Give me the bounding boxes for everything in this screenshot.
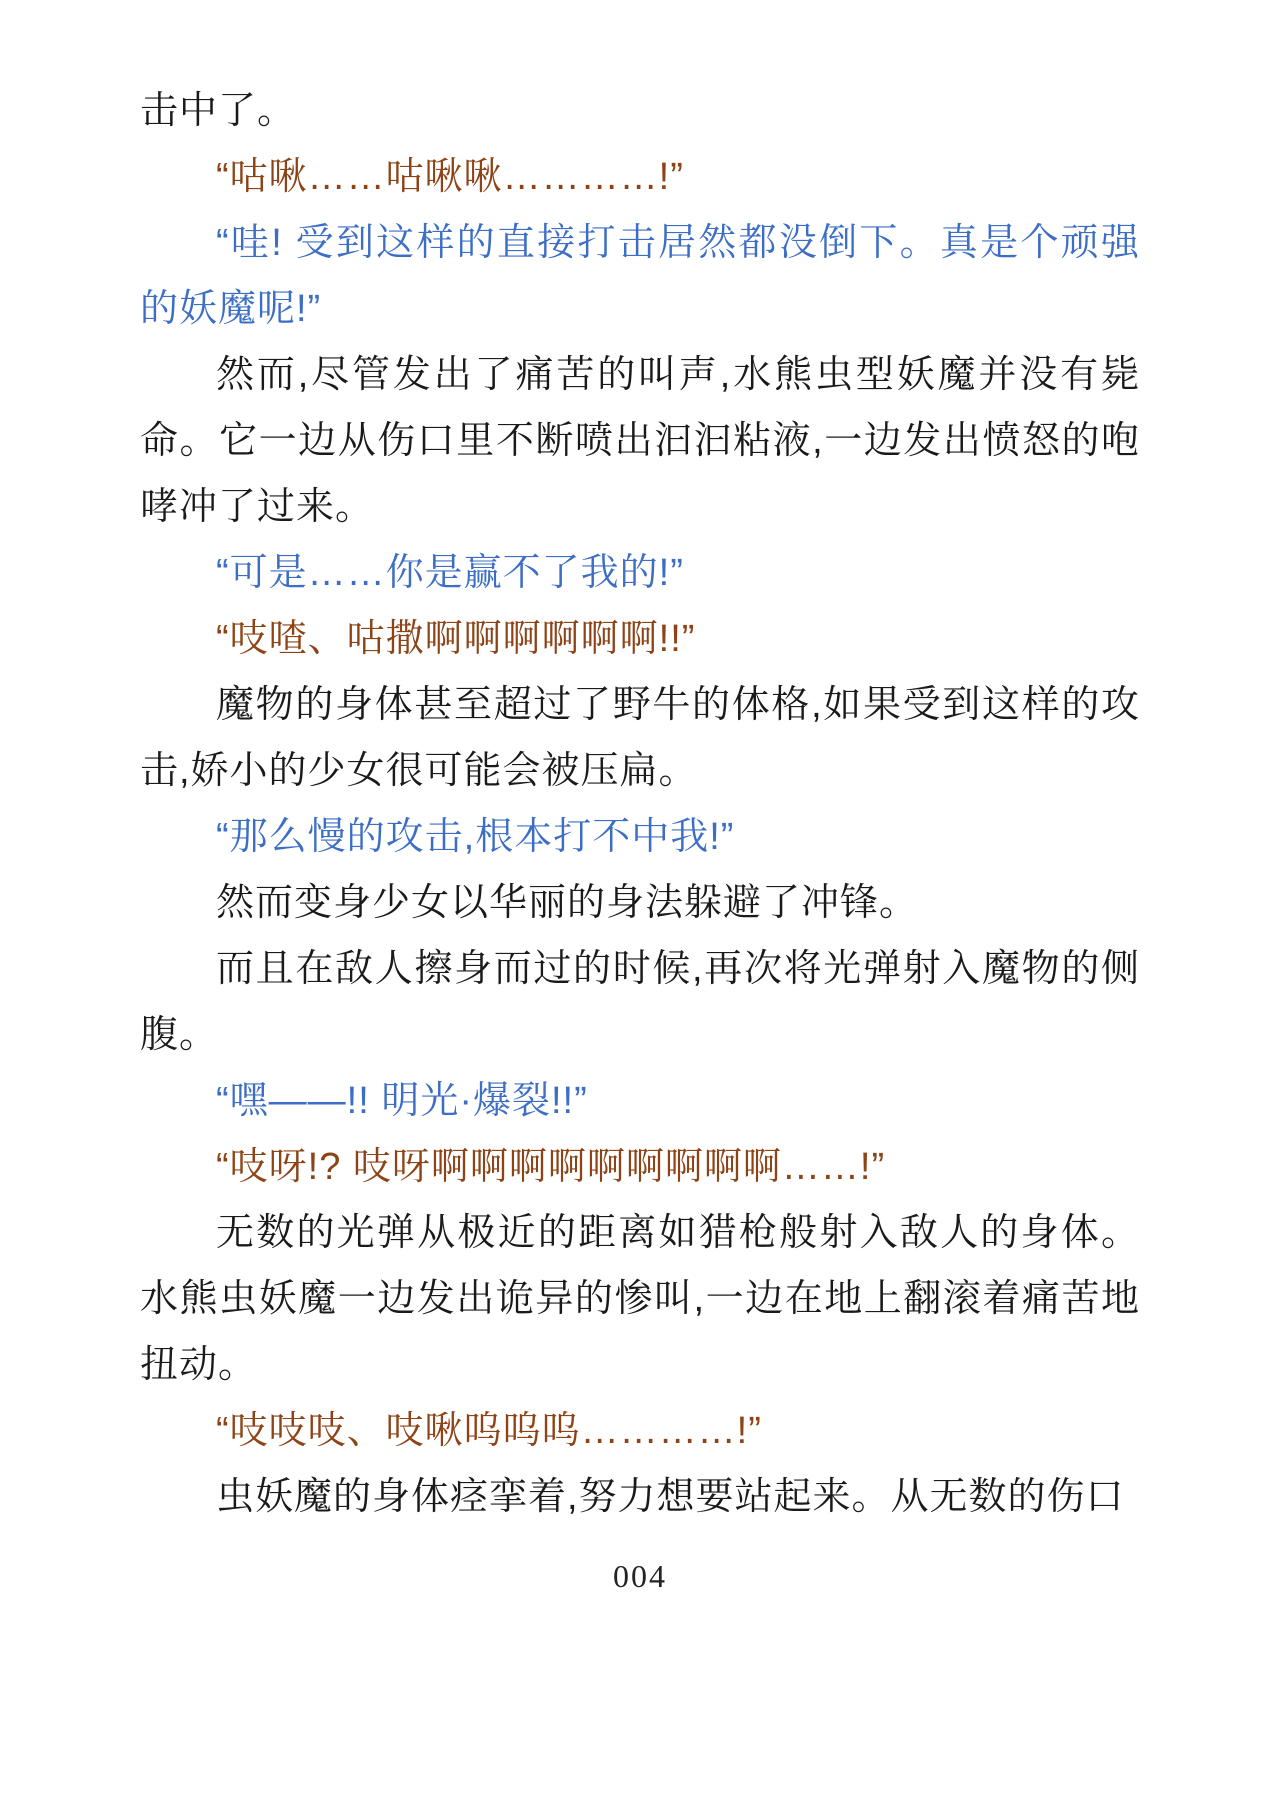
paragraph-heroine: “嘿——!! 明光·爆裂!!”: [140, 1068, 1140, 1134]
paragraph-body: 虫妖魔的身体痉挛着,努力想要站起来。从无数的伤口: [140, 1464, 1140, 1530]
paragraph-body: 击中了。: [140, 78, 1140, 144]
novel-page: 击中了。“咕啾……咕啾啾…………!”“哇! 受到这样的直接打击居然都没倒下。真是…: [0, 0, 1280, 1807]
paragraph-body: 然而,尽管发出了痛苦的叫声,水熊虫型妖魔并没有毙命。它一边从伤口里不断喷出汩汩粘…: [140, 342, 1140, 540]
paragraph-body: 魔物的身体甚至超过了野牛的体格,如果受到这样的攻击,娇小的少女很可能会被压扁。: [140, 672, 1140, 804]
paragraph-monster: “吱喳、咕撒啊啊啊啊啊啊!!”: [140, 606, 1140, 672]
paragraph-monster: “咕啾……咕啾啾…………!”: [140, 144, 1140, 210]
paragraph-heroine: “那么慢的攻击,根本打不中我!”: [140, 804, 1140, 870]
paragraph-heroine: “哇! 受到这样的直接打击居然都没倒下。真是个顽强的妖魔呢!”: [140, 210, 1140, 342]
paragraph-body: 无数的光弹从极近的距离如猎枪般射入敌人的身体。水熊虫妖魔一边发出诡异的惨叫,一边…: [140, 1200, 1140, 1398]
novel-text-block: 击中了。“咕啾……咕啾啾…………!”“哇! 受到这样的直接打击居然都没倒下。真是…: [140, 78, 1140, 1530]
page-number: 004: [0, 1558, 1280, 1595]
paragraph-heroine: “可是……你是赢不了我的!”: [140, 540, 1140, 606]
paragraph-monster: “吱吱吱、吱啾呜呜呜…………!”: [140, 1398, 1140, 1464]
paragraph-body: 然而变身少女以华丽的身法躲避了冲锋。: [140, 870, 1140, 936]
paragraph-body: 而且在敌人擦身而过的时候,再次将光弹射入魔物的侧腹。: [140, 936, 1140, 1068]
paragraph-monster: “吱呀!? 吱呀啊啊啊啊啊啊啊啊啊……!”: [140, 1134, 1140, 1200]
